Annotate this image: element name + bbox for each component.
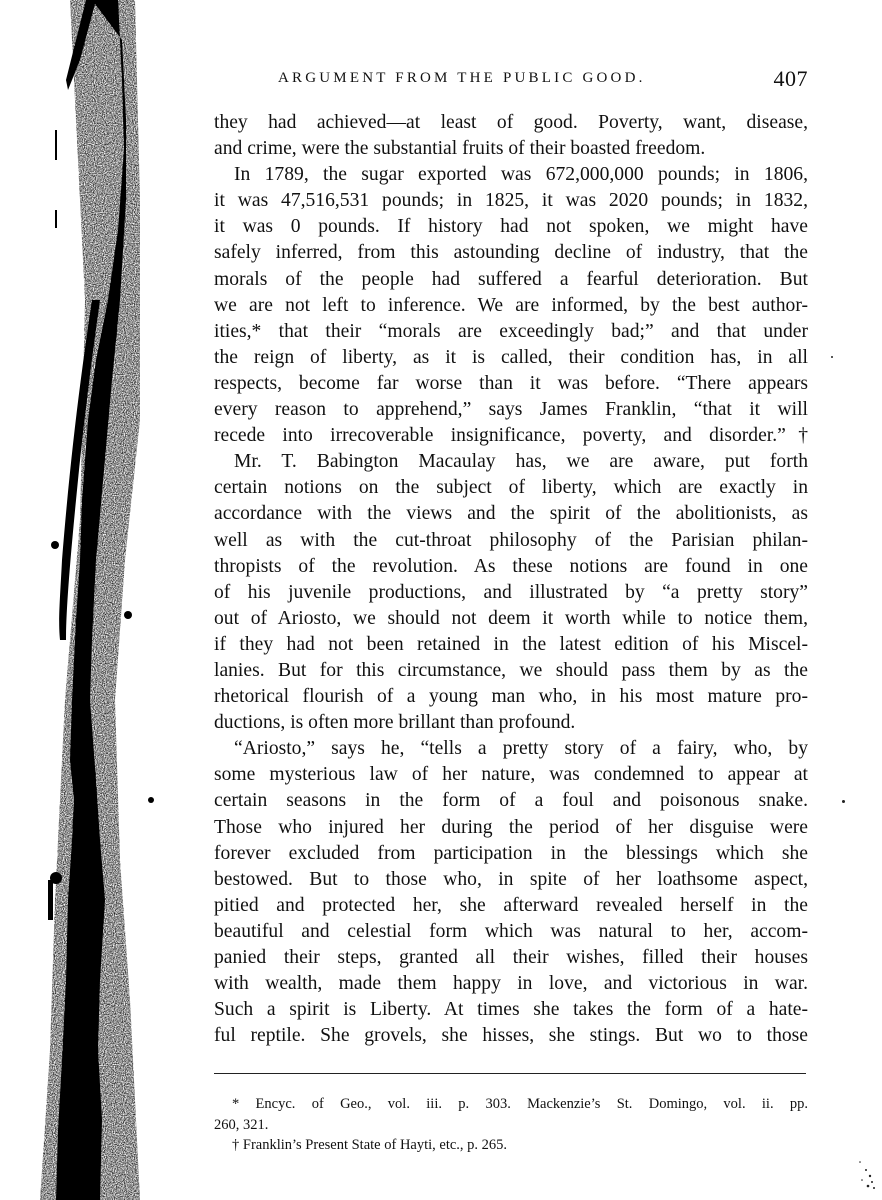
text-line: ful reptile. She grovels, she hisses, sh… — [214, 1023, 808, 1049]
text-line: and crime, were the substantial fruits o… — [214, 136, 808, 162]
text-line: it was 47,516,531 pounds; in 1825, it wa… — [214, 188, 808, 214]
text-line: respects, become far worse than it was b… — [214, 371, 808, 397]
text-line: ities,* that their “morals are exceeding… — [214, 319, 808, 345]
text-line: of his juvenile productions, and illustr… — [214, 580, 808, 606]
footnote-rule — [214, 1073, 806, 1074]
text-line: well as with the cut-throat philosophy o… — [214, 528, 808, 554]
text-line: beautiful and celestial form which was n… — [214, 919, 808, 945]
scan-gutter-shadow — [0, 0, 220, 1200]
page-number: 407 — [774, 66, 809, 92]
text-line: Those who injured her during the period … — [214, 815, 808, 841]
paragraph-start-line: In 1789, the sugar exported was 672,000,… — [214, 162, 808, 188]
paragraph-start-line: Mr. T. Babington Macaulay has, we are aw… — [214, 449, 808, 475]
book-page: ARGUMENT FROM THE PUBLIC GOOD. 407 they … — [0, 0, 882, 1200]
footnotes: * Encyc. of Geo., vol. iii. p. 303. Mack… — [214, 1094, 808, 1156]
text-line: ductions, is often more brillant than pr… — [214, 710, 808, 736]
text-line: forever excluded from participation in t… — [214, 841, 808, 867]
text-line: they had achieved—at least of good. Pove… — [214, 110, 808, 136]
text-line: certain seasons in the form of a foul an… — [214, 788, 808, 814]
text-line: pitied and protected her, she afterward … — [214, 893, 808, 919]
text-line: Such a spirit is Liberty. At times she t… — [214, 997, 808, 1023]
text-line: if they had not been retained in the lat… — [214, 632, 808, 658]
text-line: some mysterious law of her nature, was c… — [214, 762, 808, 788]
text-line: we are not left to inference. We are inf… — [214, 293, 808, 319]
text-line: panied their steps, granted all their wi… — [214, 945, 808, 971]
text-line: the reign of liberty, as it is called, t… — [214, 345, 808, 371]
text-line: every reason to apprehend,” says James F… — [214, 397, 808, 423]
running-head-title: ARGUMENT FROM THE PUBLIC GOOD. — [278, 70, 646, 87]
text-line: bestowed. But to those who, in spite of … — [214, 867, 808, 893]
footnote-line: 260, 321. — [214, 1115, 808, 1136]
text-line: certain notions on the subject of libert… — [214, 475, 808, 501]
text-line: with wealth, made them happy in love, an… — [214, 971, 808, 997]
running-head: ARGUMENT FROM THE PUBLIC GOOD. 407 — [214, 66, 808, 94]
scan-noise-specks — [822, 1140, 882, 1200]
text-line: safely inferred, from this astounding de… — [214, 240, 808, 266]
margin-speck — [831, 356, 833, 358]
text-line: lanies. But for this circumstance, we sh… — [214, 658, 808, 684]
footnote-line: * Encyc. of Geo., vol. iii. p. 303. Mack… — [214, 1094, 808, 1115]
text-line: recede into irrecoverable insignificance… — [214, 423, 808, 449]
footnote-line: † Franklin’s Present State of Hayti, etc… — [214, 1135, 808, 1156]
text-line: accordance with the views and the spirit… — [214, 501, 808, 527]
body-text: they had achieved—at least of good. Pove… — [214, 110, 808, 1049]
text-line: morals of the people had suffered a fear… — [214, 267, 808, 293]
text-line: thropists of the revolution. As these no… — [214, 554, 808, 580]
text-line: rhetorical flourish of a young man who, … — [214, 684, 808, 710]
text-line: out of Ariosto, we should not deem it wo… — [214, 606, 808, 632]
text-line: it was 0 pounds. If history had not spok… — [214, 214, 808, 240]
paragraph-start-line: “Ariosto,” says he, “tells a pretty stor… — [214, 736, 808, 762]
margin-speck — [842, 800, 845, 803]
